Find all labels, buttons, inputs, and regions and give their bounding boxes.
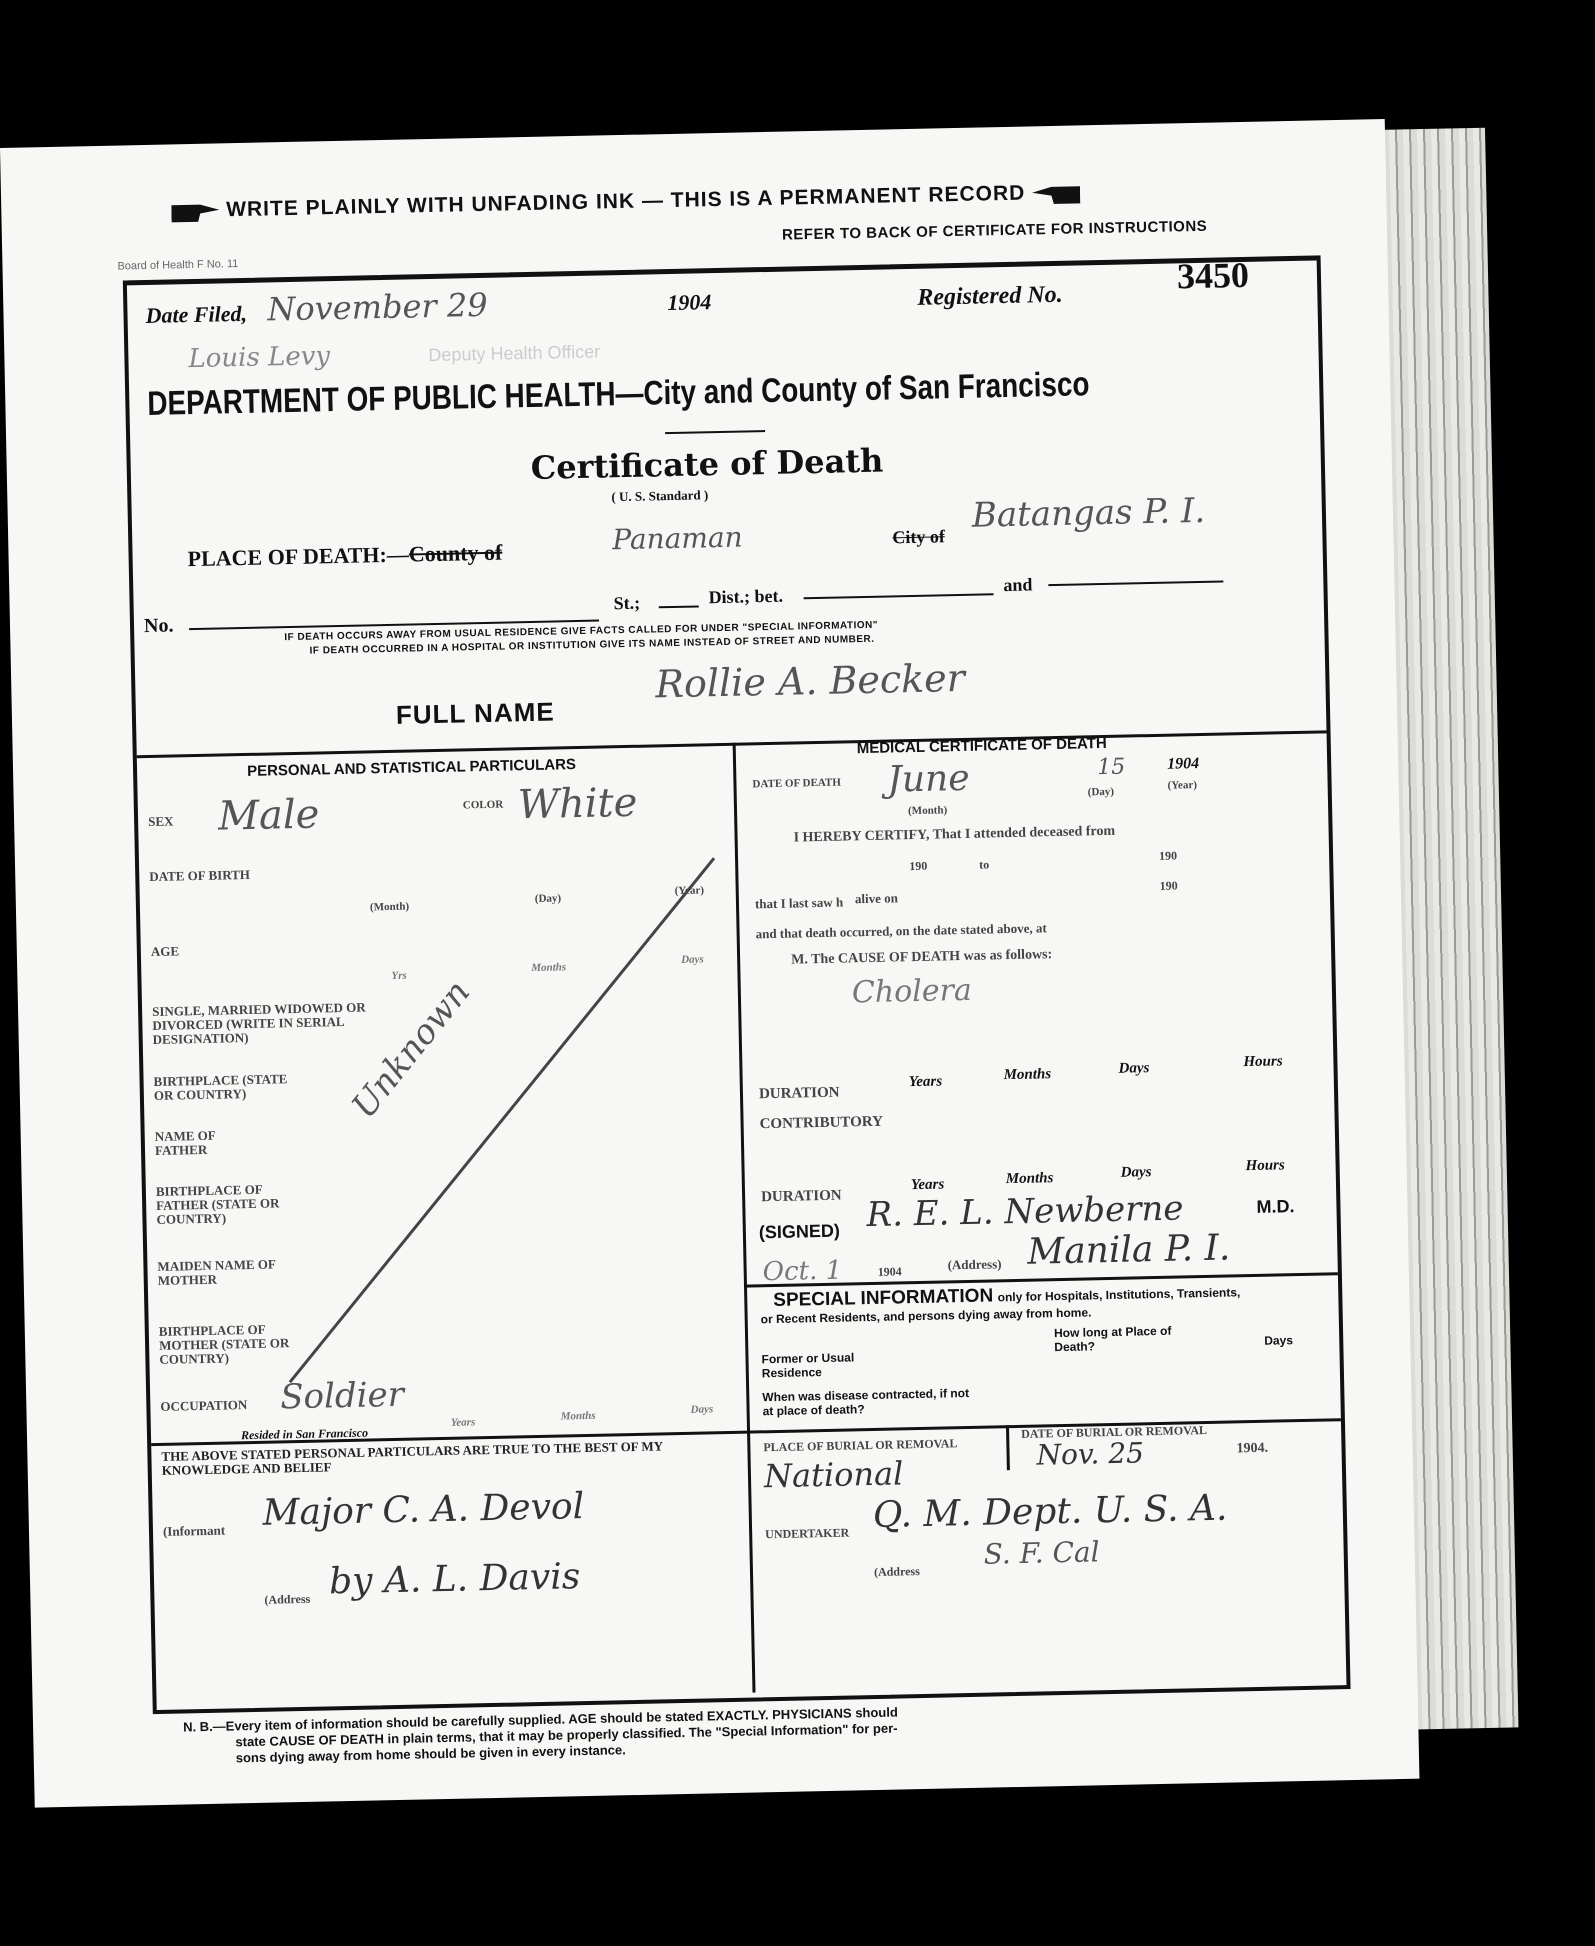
county-value: Panaman xyxy=(612,521,743,557)
registrar-signature: Louis Levy xyxy=(188,341,330,374)
to-label: to xyxy=(979,857,989,871)
how-long-label: How long at Place of Death? xyxy=(1054,1323,1185,1354)
alive-190: 190 xyxy=(1160,878,1178,892)
certificate-title: Certificate of Death xyxy=(530,442,883,487)
duration-years-2: Years xyxy=(911,1176,945,1194)
full-name-value: Rollie A. Becker xyxy=(655,656,965,706)
ink-warning: WRITE PLAINLY WITH UNFADING INK — THIS I… xyxy=(171,180,1080,223)
resided-days: Days xyxy=(690,1403,713,1415)
duration-days-2: Days xyxy=(1121,1164,1152,1182)
alive-on-text: alive on xyxy=(855,891,898,906)
date-filed-label: Date Filed, xyxy=(145,301,247,329)
sign-address-label: (Address) xyxy=(947,1257,1001,1272)
death-day-caption: (Day) xyxy=(1088,785,1115,800)
duration-hours: Hours xyxy=(1243,1053,1283,1071)
date-of-death-label: DATE OF DEATH xyxy=(752,776,841,792)
undertaker-label: UNDERTAKER xyxy=(765,1526,849,1542)
burial-date-value: Nov. 25 xyxy=(1036,1436,1144,1471)
and-label: and xyxy=(1003,574,1032,596)
date-filed-value: November 29 xyxy=(267,286,488,329)
city-label: City of xyxy=(892,526,945,548)
contracted-label: When was disease contracted, if not at p… xyxy=(762,1386,983,1419)
instructions-note: REFER TO BACK OF CERTIFICATE FOR INSTRUC… xyxy=(782,218,1208,244)
undertaker-value: Q. M. Dept. U. S. A. xyxy=(872,1488,1227,1536)
death-year-caption: (Year) xyxy=(1167,778,1197,793)
department-title: DEPARTMENT OF PUBLIC HEALTH—City and Cou… xyxy=(147,365,1090,424)
place-of-death-label: PLACE OF DEATH:—County of xyxy=(187,540,502,573)
registrar-title: Deputy Health Officer xyxy=(428,341,600,366)
death-certificate: WRITE PLAINLY WITH UNFADING INK — THIS I… xyxy=(0,119,1419,1808)
strike-line xyxy=(137,743,746,1395)
death-year-value: 1904 xyxy=(1167,755,1199,774)
signed-value: R. E. L. Newberne xyxy=(866,1188,1184,1235)
sign-year: 1904 xyxy=(878,1264,902,1278)
informant-address-value: by A. L. Davis xyxy=(329,1556,581,1602)
certificate-frame: Date Filed, November 29 1904 Registered … xyxy=(123,255,1351,1714)
resided-months: Months xyxy=(561,1410,596,1423)
contributory-label: CONTRIBUTORY xyxy=(759,1115,883,1132)
death-month-caption: (Month) xyxy=(908,803,947,818)
occupation-label: OCCUPATION xyxy=(160,1398,247,1414)
form-id: Board of Health F No. 11 xyxy=(117,258,238,273)
occupation-value: Soldier xyxy=(280,1375,404,1418)
registered-no-label: Registered No. xyxy=(917,282,1063,312)
undertaker-address-value: S. F. Cal xyxy=(983,1535,1100,1570)
pointing-hand-icon xyxy=(171,200,219,223)
full-name-label: FULL NAME xyxy=(396,697,555,731)
duration-days: Days xyxy=(1118,1060,1149,1078)
informant-value: Major C. A. Devol xyxy=(262,1486,584,1534)
cause-value: Cholera xyxy=(852,973,973,1011)
death-day-value: 15 xyxy=(1097,755,1126,781)
city-value: Batangas P. I. xyxy=(971,491,1205,536)
informant-address-label: (Address xyxy=(264,1592,310,1607)
burial-place-label: PLACE OF BURIAL OR REMOVAL xyxy=(763,1436,957,1454)
resided-years: Years xyxy=(451,1416,476,1429)
duration-months: Months xyxy=(1003,1066,1051,1084)
registered-number: 3450 xyxy=(1177,254,1250,297)
former-residence-label: Former or Usual Residence xyxy=(761,1350,872,1380)
medical-heading: MEDICAL CERTIFICATE OF DEATH xyxy=(857,735,1107,757)
burial-place-value: National xyxy=(764,1454,904,1495)
signed-label: (SIGNED) xyxy=(759,1221,840,1244)
street-label: St.; xyxy=(613,593,640,615)
last-saw-text: that I last saw h xyxy=(755,896,843,912)
how-long-days: Days xyxy=(1264,1333,1293,1348)
duration-label: DURATION xyxy=(759,1086,840,1102)
md-label: M.D. xyxy=(1256,1196,1294,1218)
cause-line: M. The CAUSE OF DEATH was as follows: xyxy=(791,948,1052,967)
duration-years: Years xyxy=(909,1073,943,1091)
street-number-label: No. xyxy=(144,614,174,638)
us-standard: ( U. S. Standard ) xyxy=(611,487,708,505)
duration-months-2: Months xyxy=(1006,1170,1054,1188)
filed-year: 1904 xyxy=(667,289,712,316)
undertaker-address-label: (Address xyxy=(874,1564,920,1579)
duration-label-2: DURATION xyxy=(761,1189,842,1205)
certify-text: I HEREBY CERTIFY, That I attended deceas… xyxy=(793,825,1115,846)
to-190: 190 xyxy=(1159,849,1177,863)
duration-hours-2: Hours xyxy=(1245,1157,1285,1175)
informant-label: (Informant xyxy=(163,1524,225,1539)
from-190: 190 xyxy=(909,859,927,873)
burial-year: 1904. xyxy=(1236,1442,1268,1457)
occurred-text: and that death occurred, on the date sta… xyxy=(755,921,1046,941)
death-month-value: June xyxy=(887,758,970,801)
district-label: Dist.; bet. xyxy=(708,586,783,609)
footnote: N. B.—Every item of information should b… xyxy=(183,1705,899,1768)
sign-address-value: Manila P. I. xyxy=(1027,1227,1231,1272)
pointing-hand-icon xyxy=(1032,182,1080,205)
